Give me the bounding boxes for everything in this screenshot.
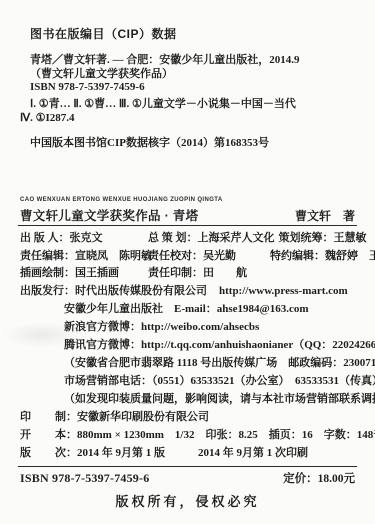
cip-title-line: 青塔／曹文轩著. — 合肥：安徽少年儿童出版社，2014.9 xyxy=(30,54,361,68)
price: 定价：18.00元 xyxy=(283,470,355,486)
weibo-line: 新浪官方微博：http://weibo.com/ahsecbs xyxy=(0,318,375,336)
staff-row: 责任编辑：宣晓凤 陈明敏 责任校对：吴光勤 特约编辑：魏舒婷 王永强 xyxy=(0,248,375,266)
copyright-page: 图书在版编目（CIP）数据 青塔／曹文轩著. — 合肥：安徽少年儿童出版社，20… xyxy=(0,0,375,524)
isbn-price-row: ISBN 978-7-5397-7459-6 定价：18.00元 xyxy=(20,470,355,486)
classification-line-1: Ⅰ. ①青… Ⅱ. ①曹… Ⅲ. ①儿童文学－小说集－中国－当代 xyxy=(20,98,361,112)
printing-info-block: 印制：安徽新华印刷股份有限公司 开本：880mm × 1230mm 1/32 印… xyxy=(0,408,375,462)
series-title-row: 曹文轩儿童文学获奖作品 · 青塔 曹文轩 著 xyxy=(20,206,355,221)
responsible-editor: 责任编辑：宣晓凤 陈明敏 xyxy=(20,248,148,266)
author-name: 曹文轩 著 xyxy=(295,207,355,224)
isbn-number: ISBN 978-7-5397-7459-6 xyxy=(20,471,149,486)
cip-header: 图书在版编目（CIP）数据 xyxy=(30,25,177,42)
format-value: 本：880mm × 1230mm 1/32 印张：8.25 插页：16 字数：1… xyxy=(55,429,375,441)
divider-bottom xyxy=(18,466,357,467)
edition-row: 版次：2014 年 9月第 1 版 2014 年 9月第 1 次印刷 xyxy=(0,444,375,462)
cip-classification: Ⅰ. ①青… Ⅱ. ①曹… Ⅲ. ①儿童文学－小说集－中国－当代 Ⅳ. ①I28… xyxy=(20,98,361,125)
printer-row: 印制：安徽新华印刷股份有限公司 xyxy=(0,408,375,426)
marketing-phone-line: 市场营销部电话：（0551）63533521（办公室） 63533531（传真） xyxy=(0,372,375,390)
series-pinyin: CAO WENXUAN ERTONG WENXUE HUOJIANG ZUOPI… xyxy=(20,197,375,205)
copyright-notice: 版权所有，侵权必究 xyxy=(0,491,375,510)
printer-label: 印 xyxy=(20,408,55,426)
classification-line-2: Ⅳ. ①I287.4 xyxy=(20,112,361,126)
cip-isbn-line: ISBN 978-7-5397-7459-6 xyxy=(30,81,361,95)
publisher-label: 出版发行：时代出版传媒股份有限公司 xyxy=(20,283,207,301)
cip-series-line: （曹文轩儿童文学获奖作品） xyxy=(30,68,361,82)
cip-record-number: 中国版本图书馆CIP数据核字（2014）第168353号 xyxy=(30,134,269,150)
quality-notice-line: （如发现印装质量问题，影响阅读，请与本社市场营销部联系调换） xyxy=(0,390,375,408)
edition-value: 次：2014 年 9月第 1 版 2014 年 9月第 1 次印刷 xyxy=(55,447,308,459)
cip-data-block: 青塔／曹文轩著. — 合肥：安徽少年儿童出版社，2014.9 （曹文轩儿童文学获… xyxy=(30,54,361,95)
series-title: 曹文轩儿童文学获奖作品 · 青塔 xyxy=(20,206,198,224)
printer-value: 制：安徽新华印刷股份有限公司 xyxy=(55,411,209,423)
colophon-section: CAO WENXUAN ERTONG WENXUE HUOJIANG ZUOPI… xyxy=(0,197,375,510)
special-editor: 特约编辑：魏舒婷 王永强 xyxy=(270,248,375,266)
publisher-contact-block: 安徽少年儿童出版社 E-mail：ahse1984@163.com 新浪官方微博… xyxy=(0,300,375,408)
staff-row: 出 版 人：张克文 总 策 划：上海采芹人文化 策划统筹：王慧敏 阮 征 xyxy=(0,230,375,248)
proofreader: 责任校对：吴光勤 xyxy=(148,248,266,266)
publisher-url: http://www.press-mart.com xyxy=(219,283,348,301)
publisher-row: 出版发行：时代出版传媒股份有限公司 http://www.press-mart.… xyxy=(0,283,375,301)
staff-row: 插画绘制：国王插画 责任印制：田 航 xyxy=(0,265,375,283)
address-line: （安徽省合肥市翡翠路 1118 号出版传媒广场 邮政编码：230071） xyxy=(0,354,375,372)
print-supervisor: 责任印制：田 航 xyxy=(148,265,266,283)
divider-top xyxy=(18,225,357,226)
staff-credits: 出 版 人：张克文 总 策 划：上海采芹人文化 策划统筹：王慧敏 阮 征 责任编… xyxy=(0,230,375,283)
publisher-email-line: 安徽少年儿童出版社 E-mail：ahse1984@163.com xyxy=(0,300,375,318)
format-label: 开 xyxy=(20,426,55,444)
publisher-person: 出 版 人：张克文 xyxy=(20,230,148,248)
format-row: 开本：880mm × 1230mm 1/32 印张：8.25 插页：16 字数：… xyxy=(0,426,375,444)
chief-planner: 总 策 划：上海采芹人文化 xyxy=(148,230,275,248)
edition-label: 版 xyxy=(20,444,55,462)
illustrator: 插画绘制：国王插画 xyxy=(20,265,148,283)
planning-coordinator: 策划统筹：王慧敏 阮 征 xyxy=(279,230,375,248)
qq-weibo-line: 腾讯官方微博：http://t.qq.com/anhuishaonianer（Q… xyxy=(0,336,375,354)
